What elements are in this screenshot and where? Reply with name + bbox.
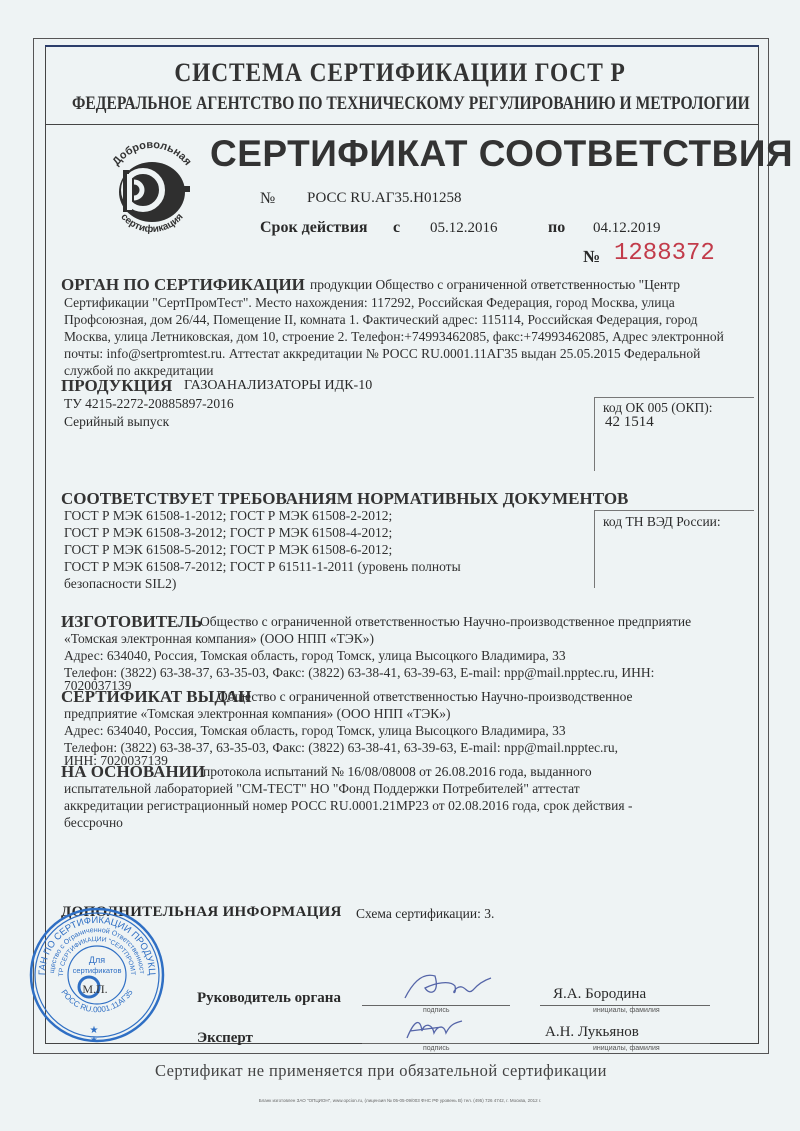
svg-text:★: ★ bbox=[90, 1035, 97, 1044]
okp-value: 42 1514 bbox=[603, 415, 754, 430]
product-release: Серийный выпуск bbox=[64, 414, 169, 430]
manufacturer-address: Адрес: 634040, Россия, Томская область, … bbox=[64, 647, 754, 664]
product-label: ПРОДУКЦИЯ bbox=[61, 376, 172, 396]
compliance-line: безопасности SIL2) bbox=[64, 575, 584, 592]
expert-name: А.Н. Лукьянов bbox=[545, 1024, 639, 1041]
expert-signature-caption: подпись bbox=[423, 1045, 449, 1052]
basis-line: испытательной лабораторией "СМ-ТЕСТ" НО … bbox=[64, 780, 754, 797]
manufacturer-line: «Томская электронная компания» (ООО НПП … bbox=[64, 630, 754, 647]
manufacturer-details: «Томская электронная компания» (ООО НПП … bbox=[64, 630, 754, 691]
expert-name-caption: инициалы, фамилия bbox=[593, 1045, 660, 1052]
valid-to-date: 04.12.2019 bbox=[593, 220, 661, 237]
form-number-sign: № bbox=[583, 247, 600, 267]
system-title: СИСТЕМА СЕРТИФИКАЦИИ ГОСТ Р bbox=[40, 58, 760, 88]
validity-to-label: по bbox=[548, 219, 565, 237]
issued-to-first-line: Общество с ограниченной ответственностью… bbox=[218, 689, 633, 705]
basis-details: испытательной лабораторией "СМ-ТЕСТ" НО … bbox=[64, 780, 754, 831]
certification-body-text: Сертификации "СертПромТест". Место нахож… bbox=[64, 294, 744, 379]
issued-to-line: предприятие «Томская электронная компани… bbox=[64, 705, 754, 722]
svg-text:Для: Для bbox=[89, 955, 105, 965]
product-name: ГАЗОАНАЛИЗАТОРЫ ИДК-10 bbox=[184, 378, 372, 394]
agency-title: ФЕДЕРАЛЬНОЕ АГЕНТСТВО ПО ТЕХНИЧЕСКОМУ РЕ… bbox=[72, 93, 728, 115]
svg-text:М.П.: М.П. bbox=[82, 982, 107, 996]
basis-first-line: протокола испытаний № 16/08/08008 от 26.… bbox=[203, 764, 592, 780]
expert-label: Эксперт bbox=[197, 1030, 253, 1047]
compliance-line: ГОСТ Р МЭК 61508-1-2012; ГОСТ Р МЭК 6150… bbox=[64, 507, 584, 524]
valid-from-date: 05.12.2016 bbox=[430, 220, 498, 237]
additional-info-text: Схема сертификации: 3. bbox=[356, 906, 494, 922]
expert-name-line bbox=[540, 1043, 710, 1044]
head-name: Я.А. Бородина bbox=[553, 986, 646, 1003]
printer-note: Бланк изготовлен ЗАО "ОПЦИОН", www.opcio… bbox=[0, 1098, 800, 1103]
basis-line: аккредитации регистрационный номер РОСС … bbox=[64, 797, 754, 814]
head-name-caption: инициалы, фамилия bbox=[593, 1007, 660, 1014]
certification-body-label: ОРГАН ПО СЕРТИФИКАЦИИ bbox=[61, 275, 305, 295]
header-rule bbox=[45, 45, 759, 47]
disclaimer: Сертификат не применяется при обязательн… bbox=[155, 1061, 607, 1081]
manufacturer-contacts: Телефон: (3822) 63-38-37, 63-35-03, Факс… bbox=[64, 664, 754, 681]
validity-label: Срок действия bbox=[260, 219, 368, 237]
compliance-line: ГОСТ Р МЭК 61508-7-2012; ГОСТ Р 61511-1-… bbox=[64, 558, 584, 575]
manufacturer-first-line: Общество с ограниченной ответственностью… bbox=[200, 614, 691, 630]
rst-logo-icon: Добровольная сертификация bbox=[92, 130, 212, 240]
okp-label: код ОК 005 (ОКП): bbox=[603, 401, 754, 415]
number-sign: № bbox=[260, 190, 275, 208]
issued-to-details: предприятие «Томская электронная компани… bbox=[64, 705, 754, 766]
manufacturer-label: ИЗГОТОВИТЕЛЬ bbox=[61, 612, 202, 632]
validity-from-label: с bbox=[393, 219, 400, 237]
form-number: 1288372 bbox=[614, 240, 715, 267]
svg-text:сертификатов: сертификатов bbox=[73, 966, 122, 975]
okp-code-box: код ОК 005 (ОКП): 42 1514 bbox=[594, 397, 754, 471]
expert-signature-icon bbox=[402, 1013, 472, 1043]
head-name-line bbox=[540, 1005, 710, 1006]
tnved-label: код ТН ВЭД России: bbox=[603, 514, 754, 530]
product-spec: ТУ 4215-2272-20885897-2016 bbox=[64, 396, 234, 412]
certificate-number: РОСС RU.АГ35.Н01258 bbox=[307, 190, 461, 207]
compliance-line: ГОСТ Р МЭК 61508-3-2012; ГОСТ Р МЭК 6150… bbox=[64, 524, 584, 541]
expert-signature-line bbox=[362, 1043, 510, 1044]
issued-to-address: Адрес: 634040, Россия, Томская область, … bbox=[64, 722, 754, 739]
certificate-title: СЕРТИФИКАТ СООТВЕТСТВИЯ bbox=[210, 133, 793, 175]
head-signature-icon bbox=[395, 968, 505, 1004]
compliance-list: ГОСТ Р МЭК 61508-1-2012; ГОСТ Р МЭК 6150… bbox=[64, 507, 584, 592]
header-divider bbox=[45, 124, 759, 125]
basis-label: НА ОСНОВАНИИ bbox=[61, 762, 205, 782]
basis-line: бессрочно bbox=[64, 814, 754, 831]
certification-body-first-line: продукции Общество с ограниченной ответс… bbox=[310, 277, 680, 293]
head-label: Руководитель органа bbox=[197, 990, 341, 1007]
compliance-label: СООТВЕТСТВУЕТ ТРЕБОВАНИЯМ НОРМАТИВНЫХ ДО… bbox=[61, 489, 628, 509]
compliance-line: ГОСТ Р МЭК 61508-5-2012; ГОСТ Р МЭК 6150… bbox=[64, 541, 584, 558]
tnved-code-box: код ТН ВЭД России: bbox=[594, 510, 754, 588]
seal-stamp-icon: ОРГАН ПО СЕРТИФИКАЦИИ ПРОДУКЦИИ Общество… bbox=[27, 905, 167, 1045]
head-signature-line bbox=[362, 1005, 510, 1006]
